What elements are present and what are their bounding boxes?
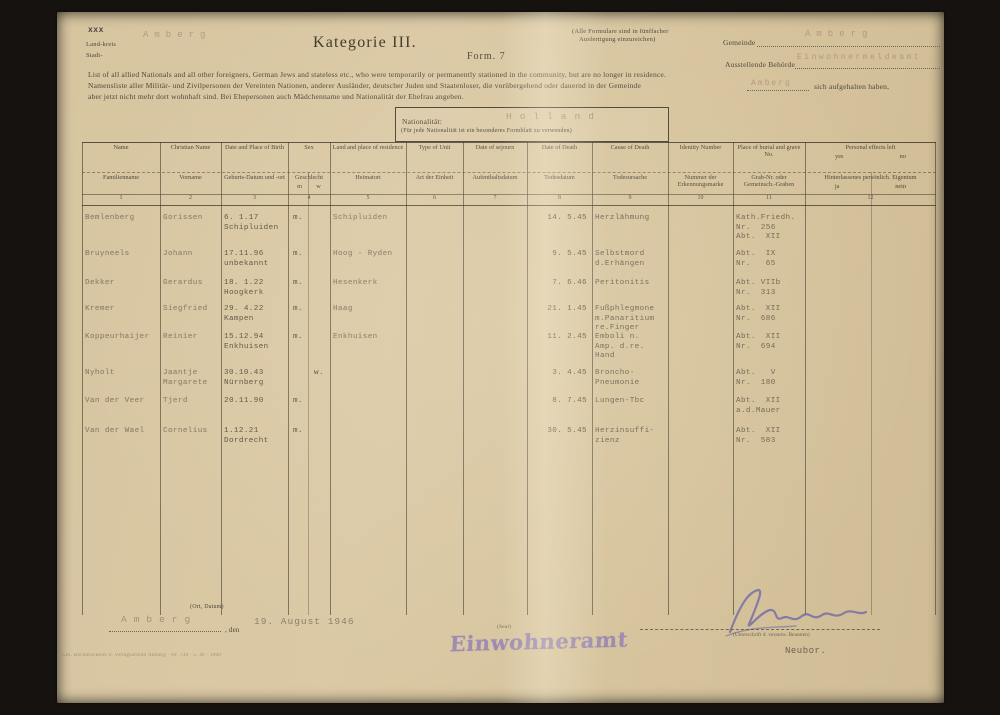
photographed-form-page: xxx Amberg Land-kreis Stadt- Kategorie I…	[0, 0, 1000, 715]
cell-cause-of-death: Peritonitis	[592, 279, 668, 289]
printer-imprint: Ges. Buchdruckerei u. Verlagsanstalt Amb…	[62, 653, 221, 658]
cell-christian-name: Reinier	[160, 333, 221, 343]
intro-line-de1: Namensliste aller Militär- und Zivilpers…	[88, 82, 748, 90]
effects-header-de: Hinterlassenes persönlich. Eigentum	[807, 174, 934, 181]
cell-christian-name: Gorissen	[160, 214, 221, 224]
table-row: Van der Wael Cornelius 1.12.21 Dordrecht…	[82, 427, 936, 446]
sex-m-value: m.	[288, 427, 308, 437]
sex-w-value	[308, 397, 330, 407]
cell-family-name: Dekker	[82, 279, 160, 289]
col-header-de: Todesursache	[592, 172, 668, 193]
cell-burial: Abt. V Nr. 180	[733, 369, 805, 388]
cell-birth-date-place: 18. 1.22 Hoogkerk	[221, 279, 288, 298]
col-header-de: Vorname	[160, 172, 221, 193]
cell-family-name: Koppeurhaijer	[82, 333, 160, 343]
gemeinde-fill-line	[757, 45, 940, 47]
intro-line-en: List of all allied Nationals and all oth…	[88, 71, 778, 79]
sex-m-value: m.	[288, 214, 308, 224]
cell-cause-of-death: Herzlähmung	[592, 214, 668, 224]
effects-ja-label: ja	[835, 183, 840, 190]
col-header-de: Hinterlassenes persönlich. Eigentum ja n…	[805, 172, 936, 193]
intro-gemeinde-typed: Amberg	[751, 79, 792, 88]
cell-christian-name: Jaantje Margarete	[160, 369, 221, 388]
table-row: Koppeurhaijer Reinier 15.12.94 Enkhuisen…	[82, 333, 936, 362]
xxx-strike-mark: xxx	[88, 26, 104, 35]
cell-death-date: 9. 5.45	[527, 250, 592, 260]
col-number: 9	[592, 193, 668, 203]
col-number: 4	[288, 193, 330, 203]
cell-cause-of-death: Broncho- Pneumonie	[592, 369, 668, 388]
intro-line-de2: aber jetzt nicht mehr dort wohnhaft sind…	[88, 93, 748, 101]
cell-cause-of-death: Selbstmord d.Erhängen	[592, 250, 668, 269]
ort-typed: Amberg	[121, 614, 197, 625]
copies-note-line2: Ausfertigung einzureichen)	[579, 36, 656, 44]
cell-death-date: 14. 5.45	[527, 214, 592, 224]
behoerde-value-typed: Einwohnermeldeamt	[797, 53, 921, 62]
cell-sex: m.	[288, 250, 330, 260]
table-row: Bruyneels Johann 17.11.96 unbekannt m. H…	[82, 250, 936, 269]
cell-family-name: Nyholt	[82, 369, 160, 379]
cell-christian-name: Gerardus	[160, 279, 221, 289]
official-name-typed: Neubor.	[785, 646, 826, 656]
cell-death-date: 21. 1.45	[527, 305, 592, 315]
cell-sex: m.	[288, 427, 330, 437]
col-number: 5	[330, 193, 406, 203]
sex-w-label: w	[316, 183, 321, 190]
cell-christian-name: Cornelius	[160, 427, 221, 437]
behoerde-label: Ausstellende Behörde	[725, 60, 795, 69]
col-header-en: Type of Unit	[406, 142, 463, 152]
table-row: Dekker Gerardus 18. 1.22 Hoogkerk m. Hes…	[82, 279, 936, 298]
col-header-en: Land and place of residence	[330, 142, 406, 152]
cell-burial: Abt. XII Nr. 686	[733, 305, 805, 324]
nationality-box: Nationalität: Holland (Für jede National…	[395, 107, 669, 142]
cell-residence: Hesenkerk	[330, 279, 406, 289]
col-number: 2	[160, 193, 221, 203]
table-header: Name Christian Name Date and Place of Bi…	[82, 142, 936, 205]
col-header-de: Todesdatum	[527, 172, 592, 193]
register-table: Name Christian Name Date and Place of Bi…	[82, 142, 936, 615]
cell-burial: Abt. XII a.d.Mauer	[733, 397, 805, 416]
col-number: 6	[406, 193, 463, 203]
table-body: Bemlenberg Gorissen 6. 1.17 Schipluiden …	[82, 205, 936, 615]
effects-yes-label: yes	[835, 153, 843, 160]
col-header-de: Art der Einheit	[406, 172, 463, 193]
cell-sex: m.	[288, 305, 330, 315]
col-number: 3	[221, 193, 288, 203]
district-city-typed: Amberg	[143, 30, 211, 40]
cell-cause-of-death: Lungen-Tbc	[592, 397, 668, 407]
gemeinde-label: Gemeinde	[723, 38, 755, 47]
cell-family-name: Van der Veer	[82, 397, 160, 407]
cell-birth-date-place: 29. 4.22 Kampen	[221, 305, 288, 324]
cell-burial: Abt. IX Nr. 65	[733, 250, 805, 269]
sex-m-value	[288, 369, 308, 379]
sex-m-value: m.	[288, 250, 308, 260]
col-header-en: Sex	[288, 142, 330, 152]
intro-line-de1-tail: sich aufgehalten haben,	[814, 82, 889, 91]
effects-no-label: no	[900, 153, 906, 160]
sex-w-value	[308, 250, 330, 260]
sex-m-value: m.	[288, 305, 308, 315]
col-header-en: Date of Death	[527, 142, 592, 152]
col-header-en: Cause of Death	[592, 142, 668, 152]
form-number: Form. 7	[467, 51, 506, 62]
cell-cause-of-death: Emboli n. Amp. d.re. Hand	[592, 333, 668, 362]
signature-line	[640, 628, 880, 630]
date-typed: 19. August 1946	[254, 616, 355, 627]
sex-w-value: w.	[308, 369, 330, 379]
document-scan: xxx Amberg Land-kreis Stadt- Kategorie I…	[57, 12, 944, 703]
signature-label: (Unterschrift d. verantw. Beamten)	[733, 632, 810, 638]
cell-birth-date-place: 30.10.43 Nürnberg	[221, 369, 288, 388]
cell-residence: Schipluiden	[330, 214, 406, 224]
col-header-de: Familienname	[82, 172, 160, 193]
cell-burial: Abt. XII Nr. 583	[733, 427, 805, 446]
col-header-de: Heimatort	[330, 172, 406, 193]
gemeinde-value-typed: Amberg	[805, 29, 873, 39]
col-header-en: Name	[82, 142, 160, 152]
nationality-label: Nationalität:	[402, 117, 442, 126]
einwohneramt-stamp: Einwohneramt	[449, 627, 629, 657]
cell-death-date: 3. 4.45	[527, 369, 592, 379]
behoerde-fill-line	[795, 67, 940, 69]
cell-birth-date-place: 6. 1.17 Schipluiden	[221, 214, 288, 233]
cell-cause-of-death: Herzinsuffi- zienz	[592, 427, 668, 446]
table-row: Van der Veer Tjerd 20.11.90 m. 8. 7.45 L…	[82, 397, 936, 416]
cell-residence: Enkhuisen	[330, 333, 406, 343]
cell-family-name: Bemlenberg	[82, 214, 160, 224]
sex-w-value	[308, 214, 330, 224]
cell-family-name: Van der Wael	[82, 427, 160, 437]
cell-birth-date-place: 15.12.94 Enkhuisen	[221, 333, 288, 352]
cell-sex: m.	[288, 397, 330, 407]
cell-death-date: 7. 6.46	[527, 279, 592, 289]
cell-burial: Kath.Friedh. Nr. 256 Abt. XII	[733, 214, 805, 243]
col-header-en: Personal effects left yes no	[805, 142, 936, 161]
col-number: 12	[805, 193, 936, 203]
effects-header-en: Personal effects left	[807, 144, 934, 151]
sex-m-value: m.	[288, 397, 308, 407]
cell-burial: Abt. VIIb Nr. 313	[733, 279, 805, 298]
cell-residence: Hoog - Ryden	[330, 250, 406, 260]
intro-fill-line	[747, 89, 809, 91]
col-header-de: Nummer der Erkennungsmarke	[668, 172, 733, 193]
cell-death-date: 11. 2.45	[527, 333, 592, 343]
col-header-en: Place of burial and grave No.	[733, 142, 805, 159]
col-number: 11	[733, 193, 805, 203]
landkreis-label: Land-kreis	[86, 41, 116, 49]
sex-header-de: Geschlecht	[290, 174, 328, 181]
col-header-de: Aufenthaltsdatum	[463, 172, 527, 193]
col-header-de: Geschlecht m w	[288, 172, 330, 193]
cell-birth-date-place: 17.11.96 unbekannt	[221, 250, 288, 269]
sex-w-value	[308, 305, 330, 315]
table-row: Kremer Siegfried 29. 4.22 Kampen m. Haag…	[82, 305, 936, 334]
col-number: 1	[82, 193, 160, 203]
cell-cause-of-death: Fußphlegmone m.Panaritium re.Finger	[592, 305, 668, 334]
cell-sex: w.	[288, 369, 330, 379]
cell-christian-name: Siegfried	[160, 305, 221, 315]
cell-sex: m.	[288, 214, 330, 224]
sex-w-value	[308, 427, 330, 437]
nationality-note: (Für jede Nationalität ist ein besondere…	[401, 128, 572, 134]
cell-sex: m.	[288, 333, 330, 343]
col-header-en: Identity Number	[668, 142, 733, 152]
cell-death-date: 30. 5.45	[527, 427, 592, 437]
sex-m-label: m	[297, 183, 302, 190]
cell-sex: m.	[288, 279, 330, 289]
stadt-label: Stadt-	[86, 52, 103, 60]
col-header-en: Christian Name	[160, 142, 221, 152]
sex-m-value: m.	[288, 333, 308, 343]
cell-birth-date-place: 1.12.21 Dordrecht	[221, 427, 288, 446]
ort-datum-label: (Ort, Datum)	[190, 604, 224, 610]
page-title: Kategorie III.	[313, 34, 417, 52]
sex-m-value: m.	[288, 279, 308, 289]
table-row: Nyholt Jaantje Margarete 30.10.43 Nürnbe…	[82, 369, 936, 388]
effects-nein-label: nein	[895, 183, 906, 190]
cell-burial: Abt. XII Nr. 694	[733, 333, 805, 352]
cell-christian-name: Tjerd	[160, 397, 221, 407]
col-header-en: Date and Place of Birth	[221, 142, 288, 152]
sex-w-value	[308, 333, 330, 343]
sex-w-value	[308, 279, 330, 289]
cell-death-date: 8. 7.45	[527, 397, 592, 407]
col-header-de: Geburts-Datum und -ort	[221, 172, 288, 193]
cell-birth-date-place: 20.11.90	[221, 397, 288, 407]
nationality-value-typed: Holland	[506, 111, 602, 122]
col-header-en: Date of sejourn	[463, 142, 527, 152]
cell-family-name: Kremer	[82, 305, 160, 315]
col-number: 10	[668, 193, 733, 203]
col-number: 8	[527, 193, 592, 203]
copies-note-line1: (Alle Formulare sind in fünffacher	[572, 28, 669, 36]
cell-family-name: Bruyneels	[82, 250, 160, 260]
cell-christian-name: Johann	[160, 250, 221, 260]
cell-residence: Haag	[330, 305, 406, 315]
ort-fill-line	[109, 630, 221, 632]
den-label: , den	[225, 626, 240, 634]
col-header-de: Grab-Nr. oder Gemeinsch.-Graben	[733, 172, 805, 193]
table-row: Bemlenberg Gorissen 6. 1.17 Schipluiden …	[82, 214, 936, 243]
col-number: 7	[463, 193, 527, 203]
